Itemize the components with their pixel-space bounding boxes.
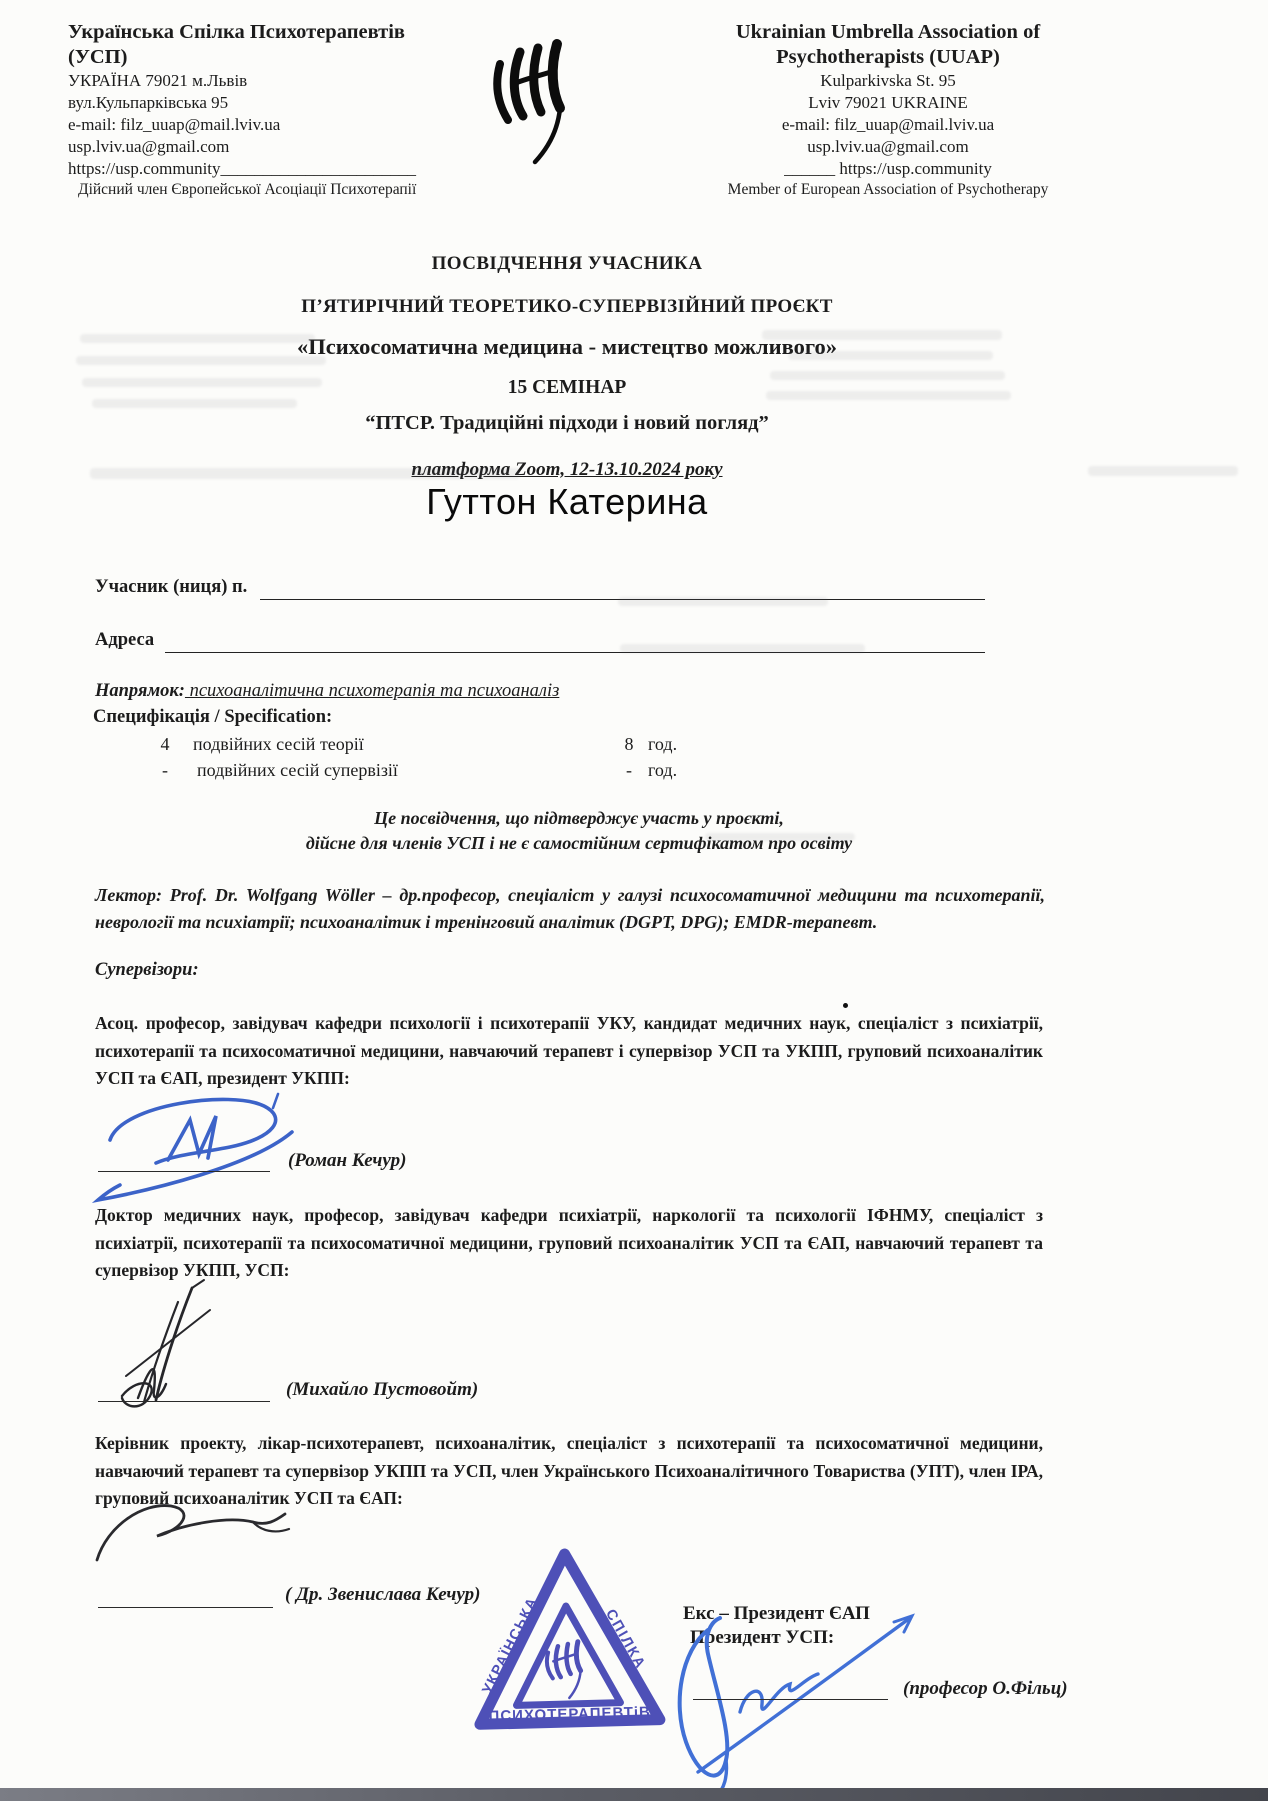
header-right-block: Ukrainian Umbrella Association of Psycho… <box>692 20 1084 200</box>
scan-artifact <box>766 391 1011 400</box>
org-country-ua: УКРАЇНА 79021 м.Львів <box>68 70 450 92</box>
lecturer-paragraph: Лектор: Prof. Dr. Wolfgang Wöller – др.п… <box>95 882 1045 936</box>
scan-artifact <box>770 371 1005 380</box>
spec-row1-desc: подвійних сесій теорії <box>193 734 364 755</box>
org-email2-ua: usp.lviv.ua@gmail.com <box>68 136 450 158</box>
org-site-ua: https://usp.community___________________… <box>68 158 450 180</box>
org-title-ua: Українська Спілка Психотерапевтів (УСП) <box>68 20 450 70</box>
supervisor1-name: (Роман Кечур) <box>288 1150 406 1172</box>
signature4-filts <box>628 1590 948 1798</box>
org-membership-en: Member of European Association of Psycho… <box>692 180 1084 200</box>
participant-name-value: Гуттон Катерина <box>68 481 1066 523</box>
spec-row2-desc: подвійних сесій супервізії <box>197 760 398 781</box>
scan-edge-bar <box>0 1788 1268 1801</box>
org-country-en: Lviv 79021 UKRAINE <box>692 92 1084 114</box>
scan-artifact <box>762 330 1002 340</box>
seminar-topic: “ПТСР. Традиційні підходи і новий погляд… <box>68 412 1066 435</box>
scan-artifact <box>705 833 855 841</box>
ink-dot-artifact <box>843 1003 848 1008</box>
spec-row2-hours: - <box>618 760 640 781</box>
header-left-block: Українська Спілка Психотерапевтів (УСП) … <box>68 20 450 200</box>
signature2-line <box>98 1401 270 1402</box>
signature2-mykhailo-pustovoit <box>92 1278 242 1408</box>
project-title: П’ЯТИРІЧНИЙ ТЕОРЕТИКО-СУПЕРВІЗІЙНИЙ ПРОЄ… <box>68 296 1066 318</box>
signature1-line <box>98 1171 270 1172</box>
direction-row: Напрямок: психоаналітична психотерапія т… <box>95 681 559 702</box>
org-email2-en: usp.lviv.ua@gmail.com <box>692 136 1084 158</box>
spec-row1-count: 4 <box>155 734 175 755</box>
footer-signer-name: (професор О.Фільц) <box>903 1678 1068 1700</box>
usp-logo-icon <box>480 34 600 174</box>
participant-label: Учасник (ниця) п. <box>95 577 247 598</box>
org-street-ua: вул.Кульпарківська 95 <box>68 92 450 114</box>
spec-row2-count: - <box>155 760 175 781</box>
scan-artifact <box>618 597 828 606</box>
supervisor2-bio: Доктор медичних наук, професор, завідува… <box>95 1202 1043 1285</box>
note-line1: Це посвідчення, що підтверджує участь у … <box>80 806 1078 831</box>
org-street-en: Kulparkivska St. 95 <box>692 70 1084 92</box>
org-membership-ua: Дійсний член Європейської Асоціації Псих… <box>68 180 450 200</box>
specification-label: Специфікація / Specification: <box>93 707 332 728</box>
spec-row1-hours: 8 <box>618 734 640 755</box>
doc-type-title: ПОСВІДЧЕННЯ УЧАСНИКА <box>68 253 1066 275</box>
spec-row1-unit: год. <box>648 734 677 755</box>
note-line2: дійсне для членів УСП і не є самостійним… <box>80 831 1078 856</box>
org-title-en: Ukrainian Umbrella Association of Psycho… <box>692 20 1084 70</box>
signature3-line <box>98 1607 273 1608</box>
supervisors-label: Супервізори: <box>95 960 199 981</box>
org-email-ua: e-mail: filz_uuap@mail.lviv.ua <box>68 114 450 136</box>
org-email-en: e-mail: filz_uuap@mail.lviv.ua <box>692 114 1084 136</box>
signature1-roman-kechur <box>80 1086 330 1208</box>
org-site-en: ______ https://usp.community <box>692 158 1084 180</box>
scan-artifact <box>76 356 326 365</box>
scan-artifact <box>90 468 520 479</box>
stamp-center-glyph <box>546 1642 581 1699</box>
direction-value: психоаналітична психотерапія та психоана… <box>185 681 559 701</box>
scan-artifact <box>1088 466 1238 476</box>
scan-artifact <box>82 378 322 387</box>
scan-artifact <box>92 399 297 408</box>
signature4-line <box>693 1699 888 1700</box>
signature3-zvenyslava-kechur <box>85 1494 300 1582</box>
scan-artifact <box>620 644 865 653</box>
supervisor2-name: (Михайло Пустовойт) <box>286 1379 478 1401</box>
scan-artifact <box>788 351 993 360</box>
scan-artifact <box>80 334 315 343</box>
address-label: Адреса <box>95 630 154 651</box>
direction-label: Напрямок: <box>95 681 185 701</box>
spec-row2-unit: год. <box>648 760 677 781</box>
supervisor1-bio: Асоц. професор, завідувач кафедри психол… <box>95 1010 1043 1093</box>
